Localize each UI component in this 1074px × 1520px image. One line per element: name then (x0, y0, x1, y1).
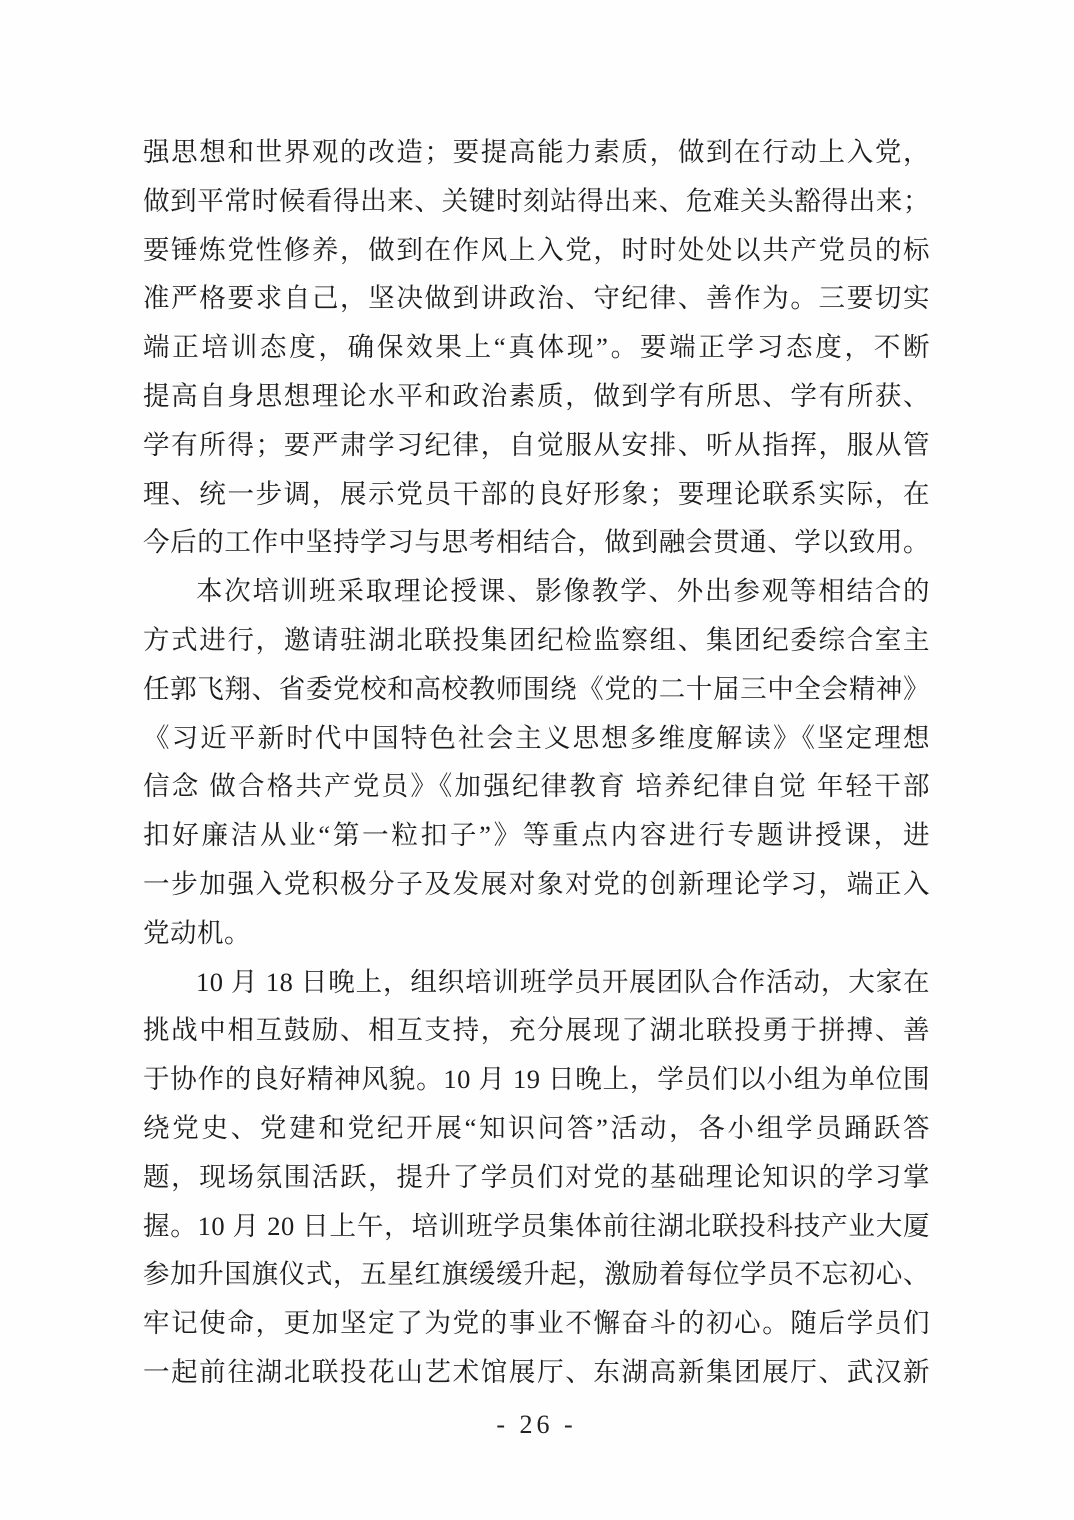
text-line: 参加升国旗仪式，五星红旗缓缓升起，激励着每位学员不忘初心、 (143, 1250, 930, 1299)
text-line: 牢记使命，更加坚定了为党的事业不懈奋斗的初心。随后学员们 (143, 1299, 930, 1348)
text-line: 今后的工作中坚持学习与思考相结合，做到融会贯通、学以致用。 (143, 518, 930, 567)
text-line: 学有所得；要严肃学习纪律，自觉服从安排、听从指挥，服从管 (143, 421, 930, 470)
text-line: 握。10 月 20 日上午，培训班学员集体前往湖北联投科技产业大厦 (143, 1202, 930, 1251)
text-line: 一起前往湖北联投花山艺术馆展厅、东湖高新集团展厅、武汉新 (143, 1348, 930, 1397)
page-number: - 26 - (496, 1410, 576, 1439)
text-line: 准严格要求自己，坚决做到讲政治、守纪律、善作为。三要切实 (143, 274, 930, 323)
text-line: 扣好廉洁从业“第一粒扣子”》等重点内容进行专题讲授课，进 (143, 811, 930, 860)
document-body: 强思想和世界观的改造；要提高能力素质，做到在行动上入党， 做到平常时候看得出来、… (143, 128, 930, 1397)
text-line: 提高自身思想理论水平和政治素质，做到学有所思、学有所获、 (143, 372, 930, 421)
document-page: 强思想和世界观的改造；要提高能力素质，做到在行动上入党， 做到平常时候看得出来、… (0, 0, 1074, 1520)
text-line: 任郭飞翔、省委党校和高校教师围绕《党的二十届三中全会精神》 (143, 665, 930, 714)
text-line: 强思想和世界观的改造；要提高能力素质，做到在行动上入党， (143, 128, 930, 177)
text-line: 做到平常时候看得出来、关键时刻站得出来、危难关头豁得出来； (143, 177, 930, 226)
text-line paragraph-end: 党动机。 (143, 909, 930, 958)
text-line: 于协作的良好精神风貌。10 月 19 日晚上，学员们以小组为单位围 (143, 1055, 930, 1104)
text-line: 《习近平新时代中国特色社会主义思想多维度解读》《坚定理想 (143, 714, 930, 763)
text-line: 理、统一步调，展示党员干部的良好形象；要理论联系实际，在 (143, 470, 930, 519)
text-line paragraph-start: 本次培训班采取理论授课、影像教学、外出参观等相结合的 (143, 567, 930, 616)
text-line: 一步加强入党积极分子及发展对象对党的创新理论学习，端正入 (143, 860, 930, 909)
text-line: 绕党史、党建和党纪开展“知识问答”活动，各小组学员踊跃答 (143, 1104, 930, 1153)
text-line: 要锤炼党性修养，做到在作风上入党，时时处处以共产党员的标 (143, 226, 930, 275)
page-footer: - 26 - (143, 1410, 930, 1440)
text-line: 题，现场氛围活跃，提升了学员们对党的基础理论知识的学习掌 (143, 1153, 930, 1202)
text-line: 挑战中相互鼓励、相互支持，充分展现了湖北联投勇于拼搏、善 (143, 1006, 930, 1055)
text-line paragraph-start: 10 月 18 日晚上，组织培训班学员开展团队合作活动，大家在 (143, 958, 930, 1007)
text-line: 端正培训态度，确保效果上“真体现”。要端正学习态度，不断 (143, 323, 930, 372)
text-line: 方式进行，邀请驻湖北联投集团纪检监察组、集团纪委综合室主 (143, 616, 930, 665)
text-line: 信念 做合格共产党员》《加强纪律教育 培养纪律自觉 年轻干部 (143, 762, 930, 811)
